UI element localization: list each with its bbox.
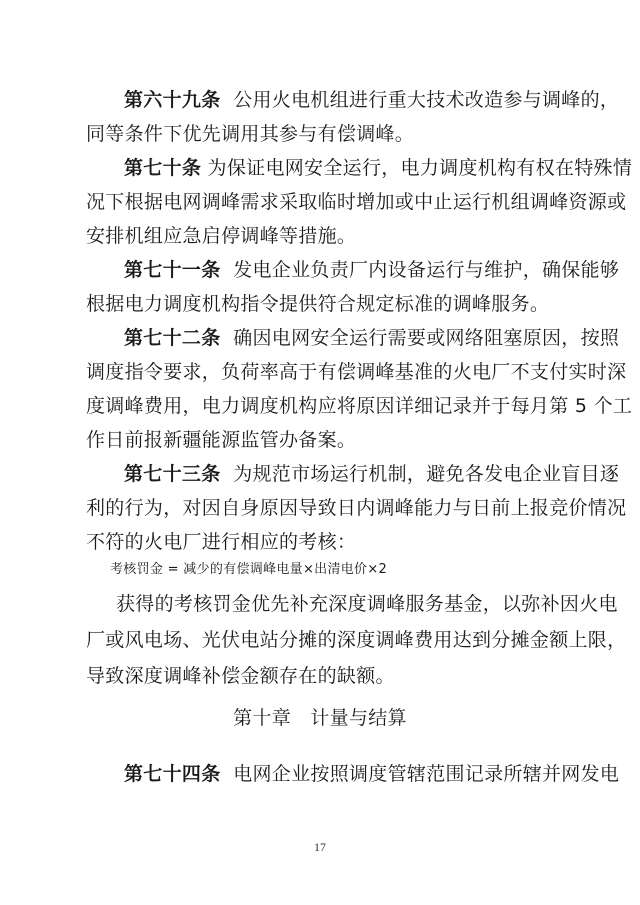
article-70-line-2: 况下根据电网调峰需求采取临时增加或中止运行机组调峰资源或 <box>86 190 626 214</box>
document-page: 第六十九条 公用火电机组进行重大技术改造参与调峰的， 同等条件下优先调用其参与有… <box>0 0 640 905</box>
article-71-line-2: 根据电力调度机构指令提供符合规定标准的调峰服务。 <box>86 292 549 316</box>
fund-paragraph-line-1: 获得的考核罚金优先补充深度调峰服务基金，以弥补因火电 <box>116 592 618 616</box>
article-71-title: 第七十一条 <box>124 259 221 281</box>
article-69-line-2: 同等条件下优先调用其参与有偿调峰。 <box>86 122 414 146</box>
article-73-line-2: 利的行为，对因自身原因导致日内调峰能力与日前上报竞价情况 <box>86 496 626 520</box>
article-72-line-3: 度调峰费用，电力调度机构应将原因详细记录并于每月第 5 个工 <box>86 394 632 418</box>
article-74-title: 第七十四条 <box>124 763 221 785</box>
fund-paragraph-line-2: 厂或风电场、光伏电站分摊的深度调峰费用达到分摊金额上限， <box>86 628 626 652</box>
article-69-line-1: 第六十九条 公用火电机组进行重大技术改造参与调峰的， <box>124 88 619 112</box>
article-74-line-1: 第七十四条 电网企业按照调度管辖范围记录所辖并网发电 <box>124 762 619 786</box>
page-number: 17 <box>0 840 640 855</box>
article-73-title: 第七十三条 <box>124 463 221 485</box>
article-70-line-1: 第七十条 为保证电网安全运行，电力调度机构有权在特殊情 <box>124 156 632 180</box>
article-72-title: 第七十二条 <box>124 327 221 349</box>
article-69-title: 第六十九条 <box>124 89 221 111</box>
article-73-line-1: 第七十三条 为规范市场运行机制，避免各发电企业盲目逐 <box>124 462 619 486</box>
article-72-line-1: 第七十二条 确因电网安全运行需要或网络阻塞原因，按照 <box>124 326 619 350</box>
article-70-line-3: 安排机组应急启停调峰等措施。 <box>86 224 356 248</box>
article-72-line-2: 调度指令要求，负荷率高于有偿调峰基准的火电厂不支付实时深 <box>86 360 626 384</box>
fund-paragraph-line-3: 导致深度调峰补偿金额存在的缺额。 <box>86 664 395 688</box>
penalty-formula: 考核罚金 = 减少的有偿调峰电量×出清电价×2 <box>110 558 387 582</box>
article-72-line-4: 作日前报新疆能源监管办备案。 <box>86 428 356 452</box>
article-71-line-1: 第七十一条 发电企业负责厂内设备运行与维护，确保能够 <box>124 258 619 282</box>
article-73-line-3: 不符的火电厂进行相应的考核： <box>86 530 356 554</box>
article-70-title: 第七十条 <box>124 157 201 179</box>
chapter-heading: 第十章 计量与结算 <box>0 706 640 730</box>
